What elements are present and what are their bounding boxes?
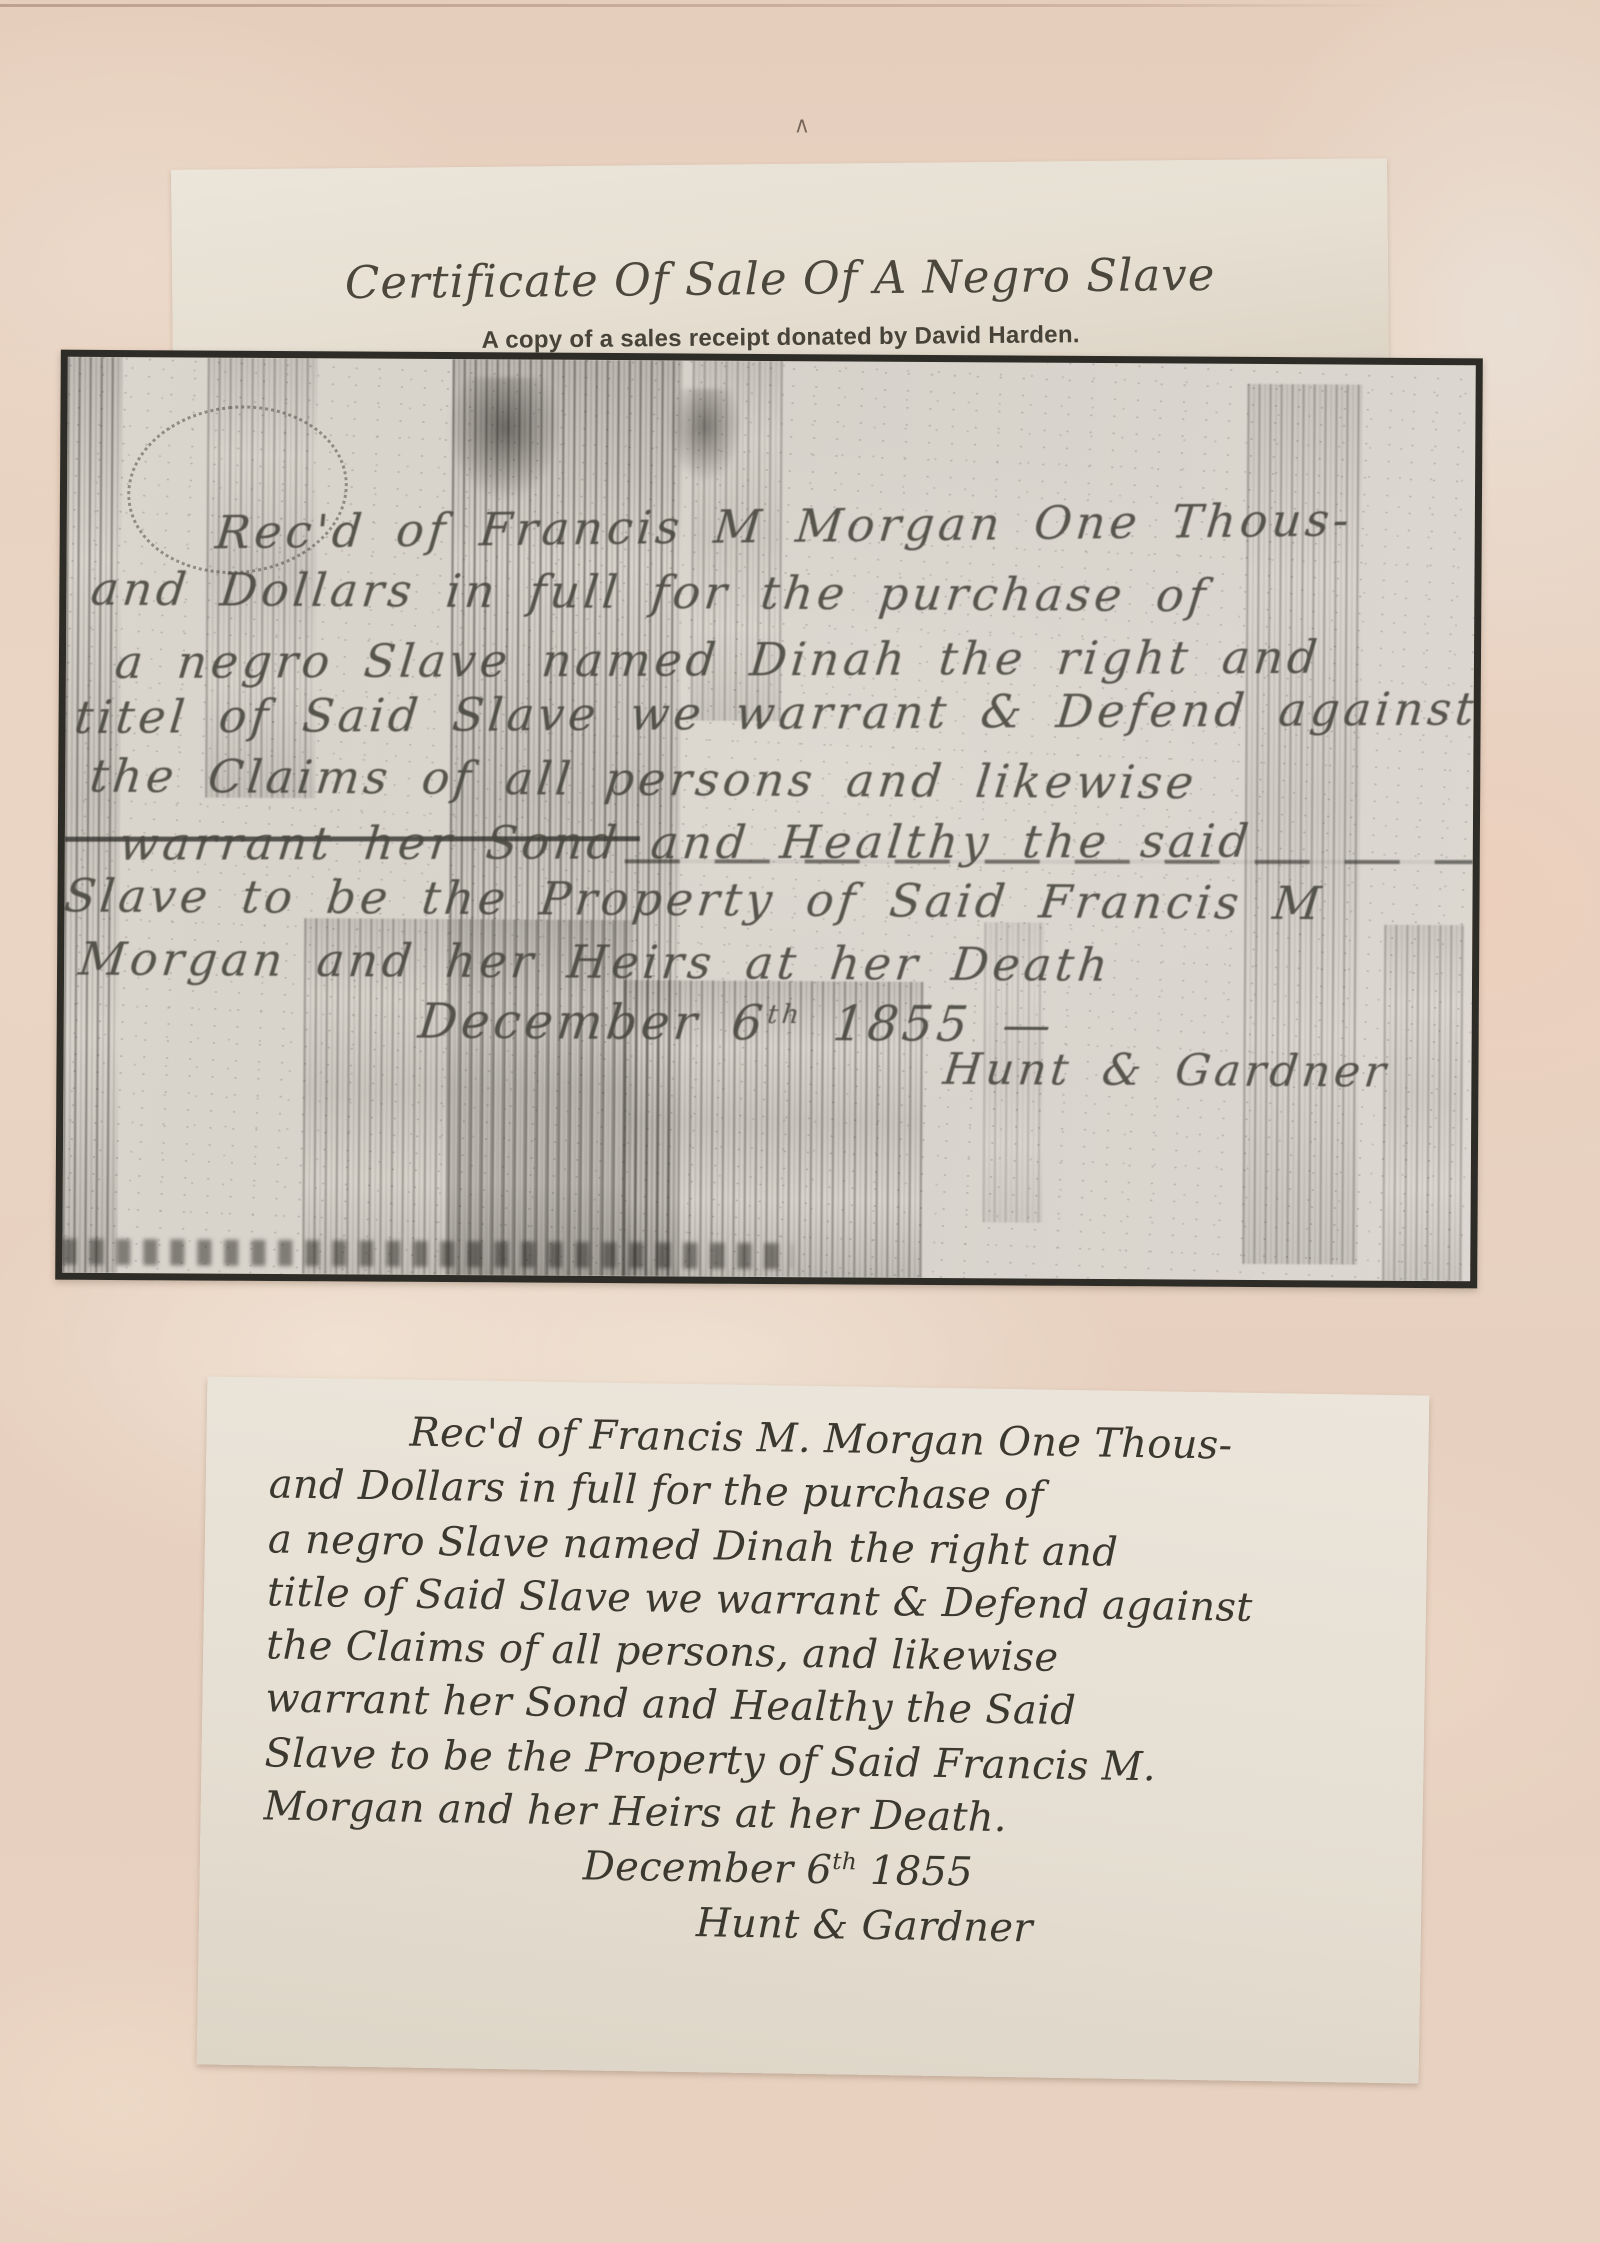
transcription-line: the Claims of all persons, and likewise <box>266 1622 1059 1680</box>
handwritten-line: the Claims of all persons and likewise <box>87 749 1200 810</box>
caret-mark: ʌ <box>796 110 808 139</box>
date-year: 1855 <box>857 1848 974 1896</box>
transcription-line: and Dollars in full for the purchase of <box>268 1461 1044 1519</box>
date-text: December 6 <box>582 1843 832 1893</box>
page-title: Certificate Of Sale Of A Negro Slave <box>172 246 1388 311</box>
ink-blotch <box>667 388 743 483</box>
mat-seam-line <box>0 4 1400 7</box>
transcription-line: title of Said Slave we warrant & Defend … <box>267 1569 1253 1630</box>
transcription-line: Slave to be the Property of Said Francis… <box>264 1730 1156 1790</box>
transcription-card: Rec'd of Francis M. Morgan One Thous- an… <box>197 1376 1430 2083</box>
handwritten-line: warrant her Sond and Healthy the said <box>117 814 1255 871</box>
photo-of-document-display: ʌ Certificate Of Sale Of A Negro Slave A… <box>0 0 1600 2243</box>
transcription-signature: Hunt & Gardner <box>696 1900 1033 1951</box>
date-superscript: th <box>832 1848 857 1875</box>
transcription-line: warrant her Sond and Healthy the Said <box>265 1675 1076 1734</box>
handwritten-line: Morgan and her Heirs at her Death <box>76 932 1114 992</box>
date-superscript: th <box>766 999 805 1030</box>
transcription-date: December 6th 1855 <box>582 1843 973 1895</box>
transcription-line: a negro Slave named Dinah the right and <box>268 1516 1119 1575</box>
smudge-mark <box>62 1239 792 1269</box>
handwritten-line: and Dollars in full for the purchase of <box>88 562 1212 623</box>
ink-blotch <box>447 377 563 503</box>
photocopy-streak <box>62 357 123 1273</box>
handwritten-line: Slave to be the Property of Said Francis… <box>62 869 1328 931</box>
handwritten-signature: Hunt & Gardner <box>941 1044 1393 1098</box>
transcription-line: Rec'd of Francis M. Morgan One Thous- <box>409 1410 1233 1469</box>
photocopy-streak <box>1382 925 1464 1281</box>
title-card: Certificate Of Sale Of A Negro Slave A c… <box>171 158 1389 376</box>
handwritten-line: titel of Said Slave we warrant & Defend … <box>72 682 1480 745</box>
receipt-photocopy: Rec'd of Francis M Morgan One Thous- and… <box>55 350 1483 1289</box>
transcription-line: Morgan and her Heirs at her Death. <box>263 1783 1007 1841</box>
handwritten-line: a negro Slave named Dinah the right and <box>113 630 1324 689</box>
date-text: December 6 <box>416 994 770 1052</box>
